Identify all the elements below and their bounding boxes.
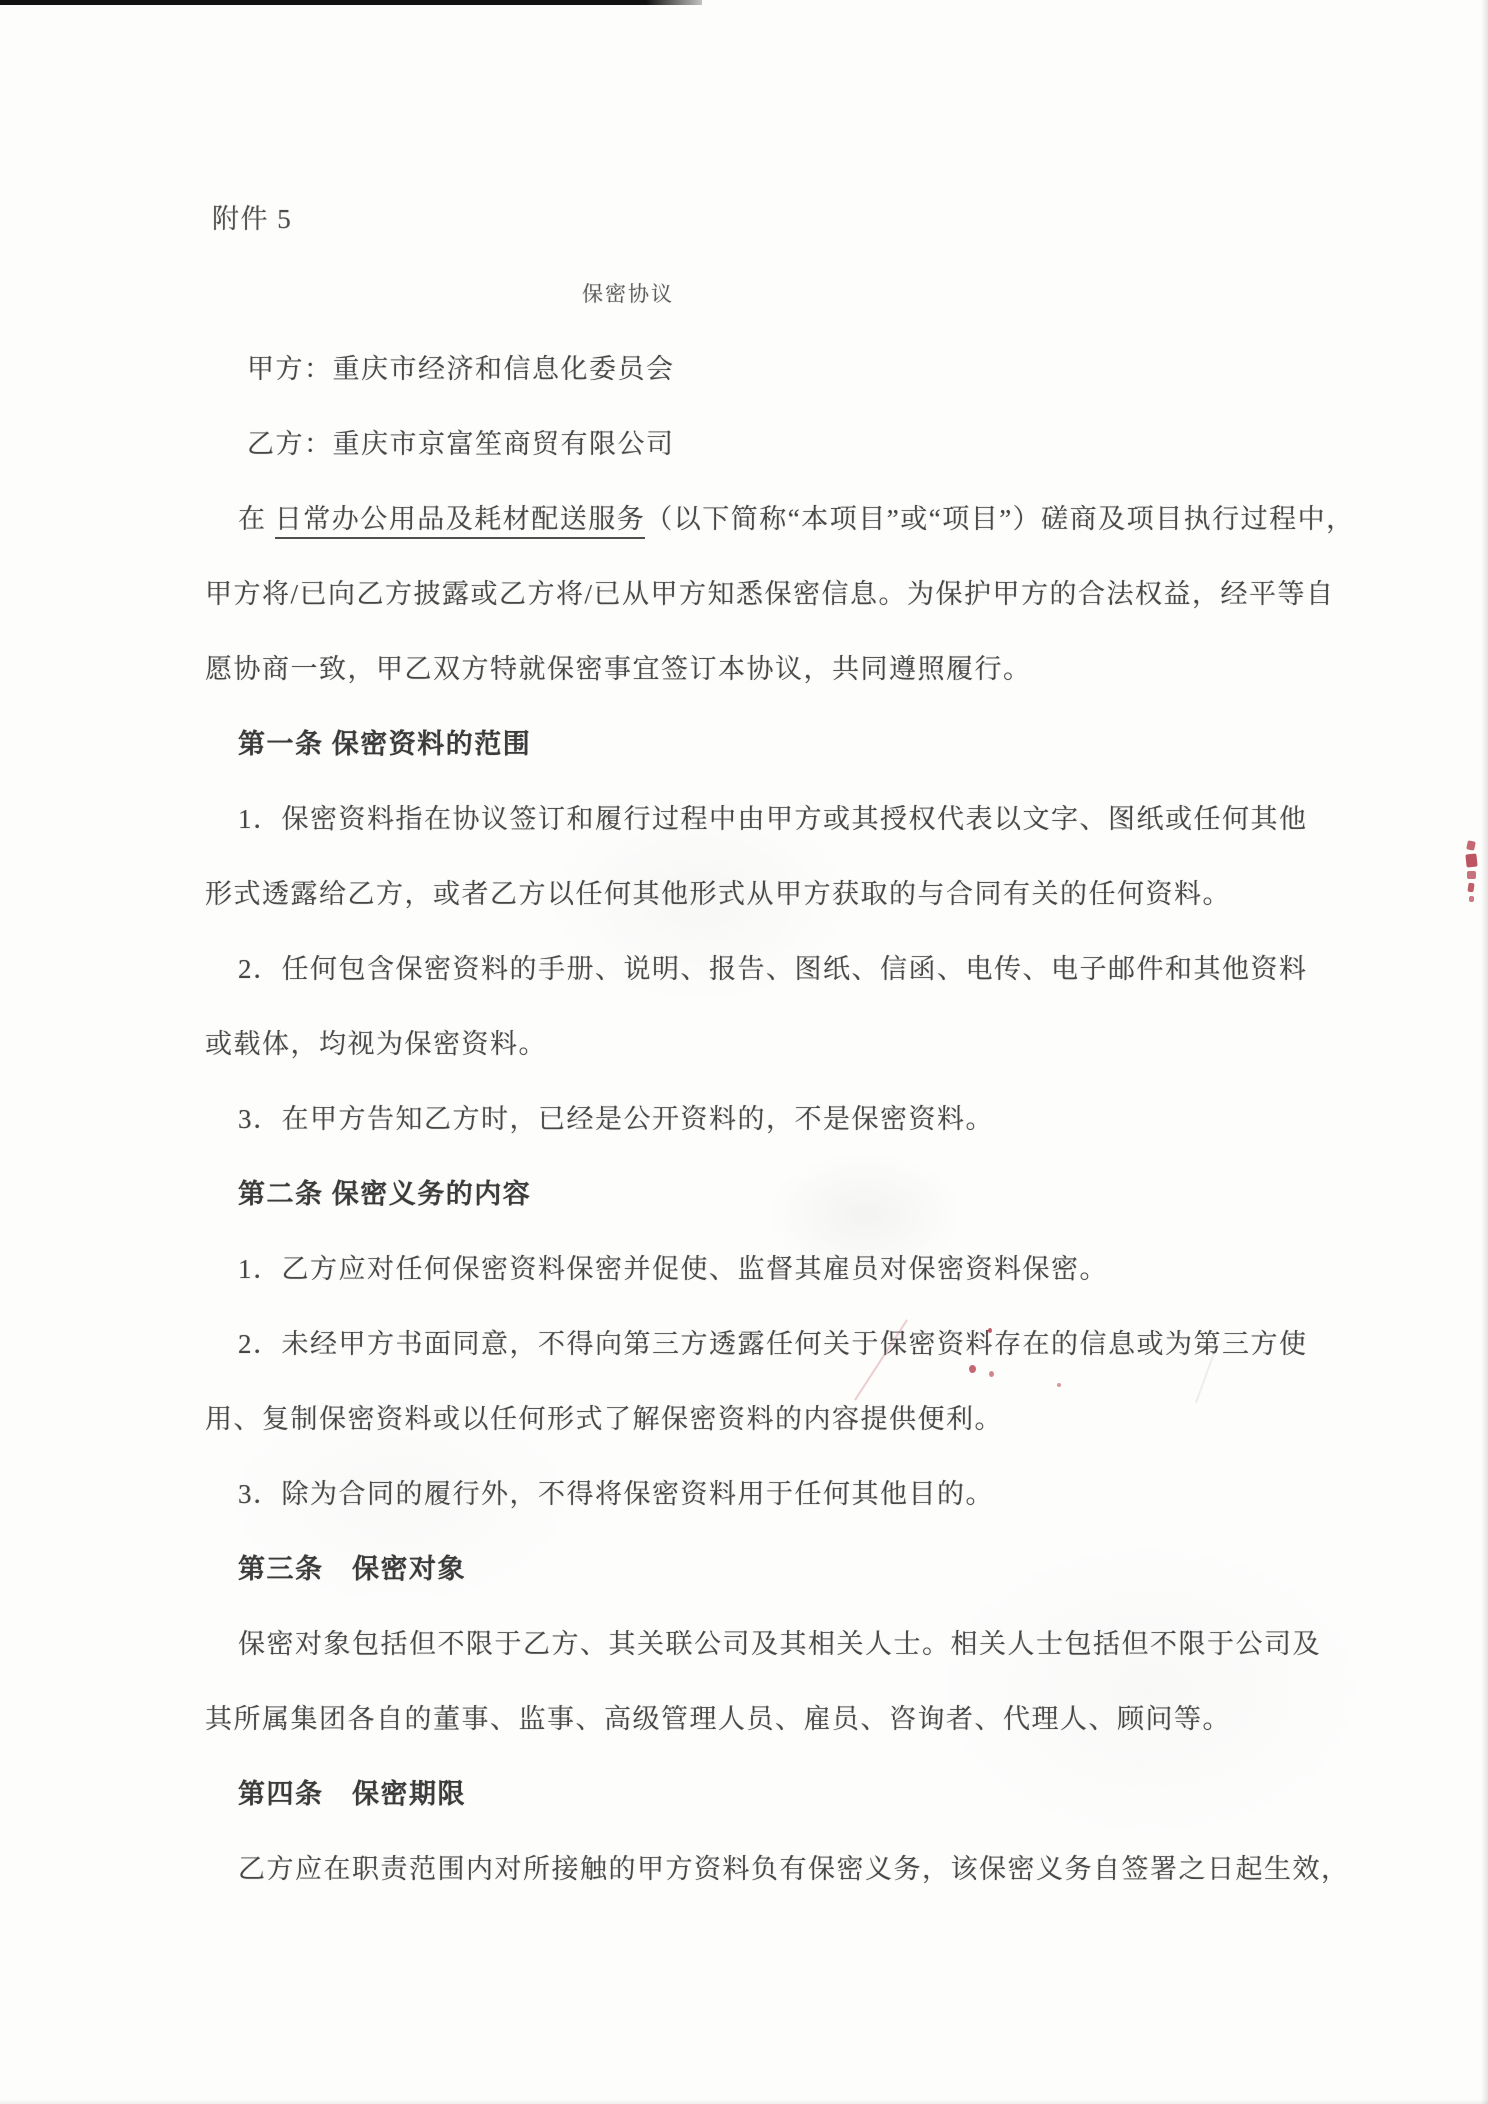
section-1-item-2-line-1: 2．任何包含保密资料的手册、说明、报告、图纸、信函、电传、电子邮件和其他资料 [205,932,1345,1007]
intro-line-1: 在 日常办公用品及耗材配送服务（以下简称“本项目”或“项目”）磋商及项目执行过程… [205,482,1345,557]
section-1-item-1-line-1: 1．保密资料指在协议签订和履行过程中由甲方或其授权代表以文字、图纸或任何其他 [205,782,1345,857]
section-3-body-line-1: 保密对象包括但不限于乙方、其关联公司及其相关人士。相关人士包括但不限于公司及 [205,1607,1345,1682]
red-ink-speck [1057,1383,1061,1387]
scan-edge-artifact-bottom [0,2099,1488,2104]
attachment-label: 附件 5 [205,182,1345,257]
scan-edge-artifact-top [0,0,702,5]
section-4-heading: 第四条 保密期限 [205,1757,1345,1832]
section-3-body-line-2: 其所属集团各自的董事、监事、高级管理人员、雇员、咨询者、代理人、顾问等。 [205,1682,1345,1757]
section-3-heading: 第三条 保密对象 [205,1532,1345,1607]
red-ink-speck [988,1328,992,1333]
document-title: 保密协议 [205,257,1051,332]
intro-line-2: 甲方将/已向乙方披露或乙方将/已从甲方知悉保密信息。为保护甲方的合法权益，经平等… [205,557,1345,632]
section-1-heading: 第一条 保密资料的范围 [205,707,1345,782]
scanned-document-page: 附件 5 保密协议 甲方：重庆市经济和信息化委员会 乙方：重庆市京富笙商贸有限公… [0,0,1488,2104]
project-name-underlined: 日常办公用品及耗材配送服务 [275,504,646,539]
section-2-item-2-line-1: 2．未经甲方书面同意，不得向第三方透露任何关于保密资料存在的信息或为第三方使 [205,1307,1345,1382]
section-1-item-3-line-1: 3．在甲方告知乙方时，已经是公开资料的，不是保密资料。 [205,1082,1345,1157]
section-2-item-1-line-1: 1．乙方应对任何保密资料保密并促使、监督其雇员对保密资料保密。 [205,1232,1345,1307]
red-ink-speck [989,1371,994,1377]
party-a-line: 甲方：重庆市经济和信息化委员会 [205,332,1345,407]
scan-edge-artifact-right [1481,0,1488,2104]
red-ink-speck [969,1365,976,1373]
party-b-line: 乙方：重庆市京富笙商贸有限公司 [205,407,1345,482]
intro-line-1-suffix: （以下简称“本项目”或“项目”）磋商及项目执行过程中， [645,504,1354,534]
section-2-heading: 第二条 保密义务的内容 [205,1157,1345,1232]
intro-line-3: 愿协商一致，甲乙双方特就保密事宜签订本协议，共同遵照履行。 [205,632,1345,707]
section-2-item-2-line-2: 用、复制保密资料或以任何形式了解保密资料的内容提供便利。 [205,1382,1345,1457]
intro-line-1-prefix: 在 [238,504,275,534]
section-1-item-1-line-2: 形式透露给乙方，或者乙方以任何其他形式从甲方获取的与合同有关的任何资料。 [205,857,1345,932]
section-1-item-2-line-2: 或载体，均视为保密资料。 [205,1007,1345,1082]
red-stamp-edge-artifact [1464,841,1478,906]
section-4-body-line-1: 乙方应在职责范围内对所接触的甲方资料负有保密义务，该保密义务自签署之日起生效， [205,1832,1345,1907]
section-2-item-3-line-1: 3．除为合同的履行外，不得将保密资料用于任何其他目的。 [205,1457,1345,1532]
document-body: 附件 5 保密协议 甲方：重庆市经济和信息化委员会 乙方：重庆市京富笙商贸有限公… [205,182,1345,1907]
